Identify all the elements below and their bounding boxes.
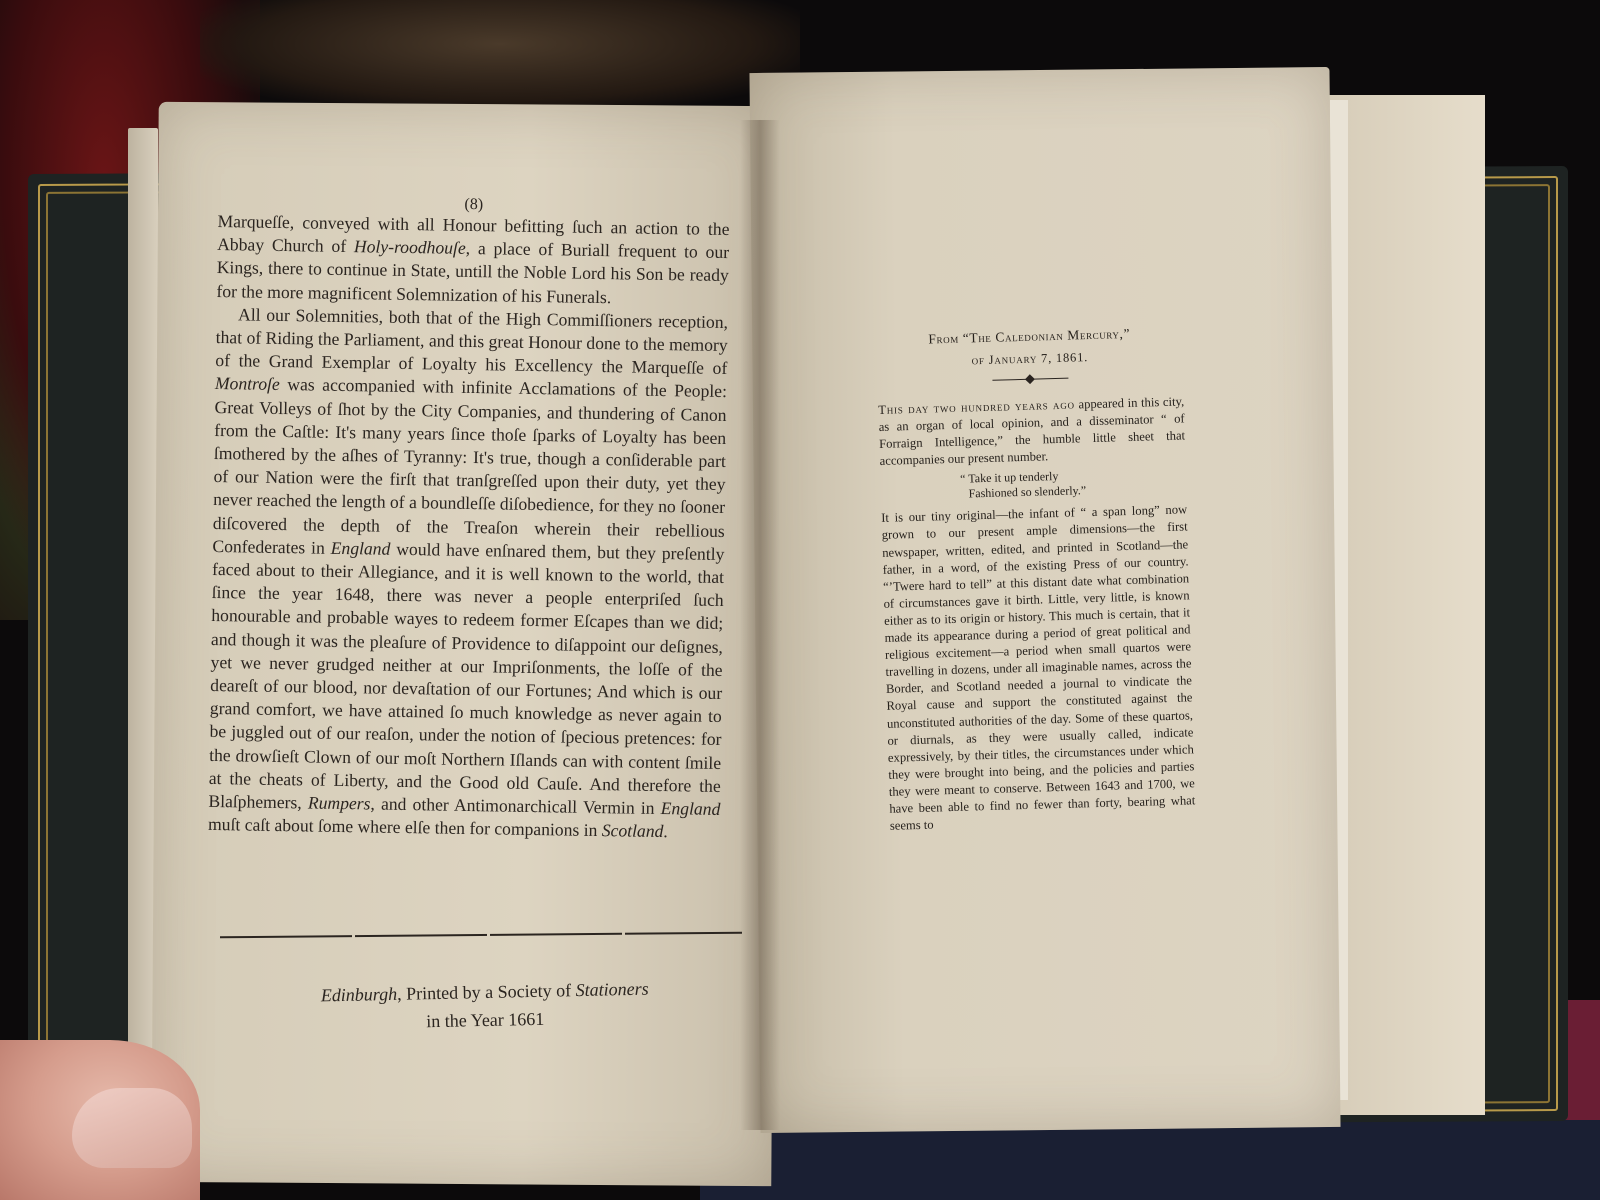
diamond-rule-icon [992, 375, 1068, 385]
left-page-text: (8) Marqueſſe, conveyed with all Honour … [208, 192, 730, 844]
right-page-text: From “The Caledonian Mercury,” of Januar… [876, 321, 1196, 835]
thumbnail-fingernail [72, 1088, 192, 1168]
right-page-stack [1325, 95, 1485, 1115]
body-paragraph: It is our tiny original—the infant of “ … [881, 502, 1196, 835]
intro-paragraph: This day two hundred years ago appeared … [878, 393, 1186, 470]
paragraph: Marqueſſe, conveyed with all Honour befi… [216, 210, 729, 311]
paragraph: All our Solemnities, both that of the Hi… [208, 303, 728, 845]
colophon: Edinburgh, Printed by a Society of Stati… [269, 974, 700, 1039]
background-bag [200, 0, 800, 110]
book-gutter [740, 120, 780, 1130]
verse-quote: “ Take it up tenderly Fashioned so slend… [880, 466, 1187, 505]
